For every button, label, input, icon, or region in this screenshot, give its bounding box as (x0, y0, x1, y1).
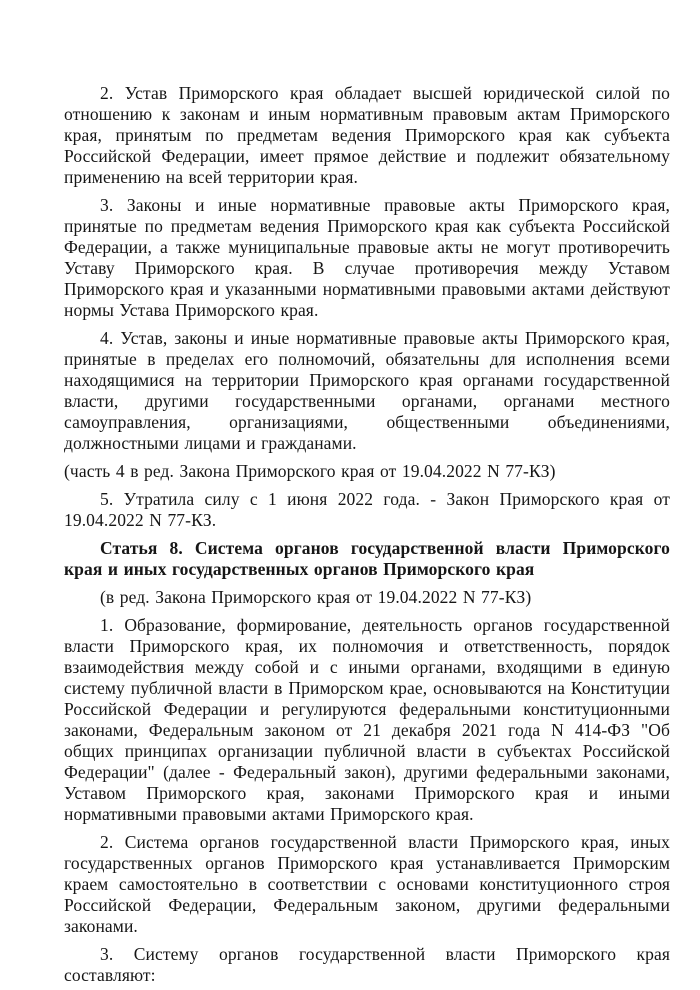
article-8-heading: Статья 8. Система органов государственно… (64, 538, 670, 580)
document-page: 2. Устав Приморского края обладает высше… (0, 0, 700, 990)
clause-3-paragraph: 3. Законы и иные нормативные правовые ак… (64, 195, 670, 321)
article-8-clause-2-paragraph: 2. Система органов государственной власт… (64, 832, 670, 937)
article-8-clause-3-paragraph: 3. Систему органов государственной власт… (64, 944, 670, 986)
clause-2-paragraph: 2. Устав Приморского края обладает высше… (64, 83, 670, 188)
article-8-amendment-note: (в ред. Закона Приморского края от 19.04… (64, 587, 670, 608)
document-body: 2. Устав Приморского края обладает высше… (64, 83, 670, 986)
clause-4-paragraph: 4. Устав, законы и иные нормативные прав… (64, 328, 670, 454)
screenshot-root: { "document": { "background": "#ffffff",… (0, 0, 700, 990)
article-8-clause-1-paragraph: 1. Образование, формирование, деятельнос… (64, 615, 670, 825)
clause-4-amendment-note: (часть 4 в ред. Закона Приморского края … (64, 461, 670, 482)
clause-5-paragraph: 5. Утратила силу с 1 июня 2022 года. - З… (64, 489, 670, 531)
